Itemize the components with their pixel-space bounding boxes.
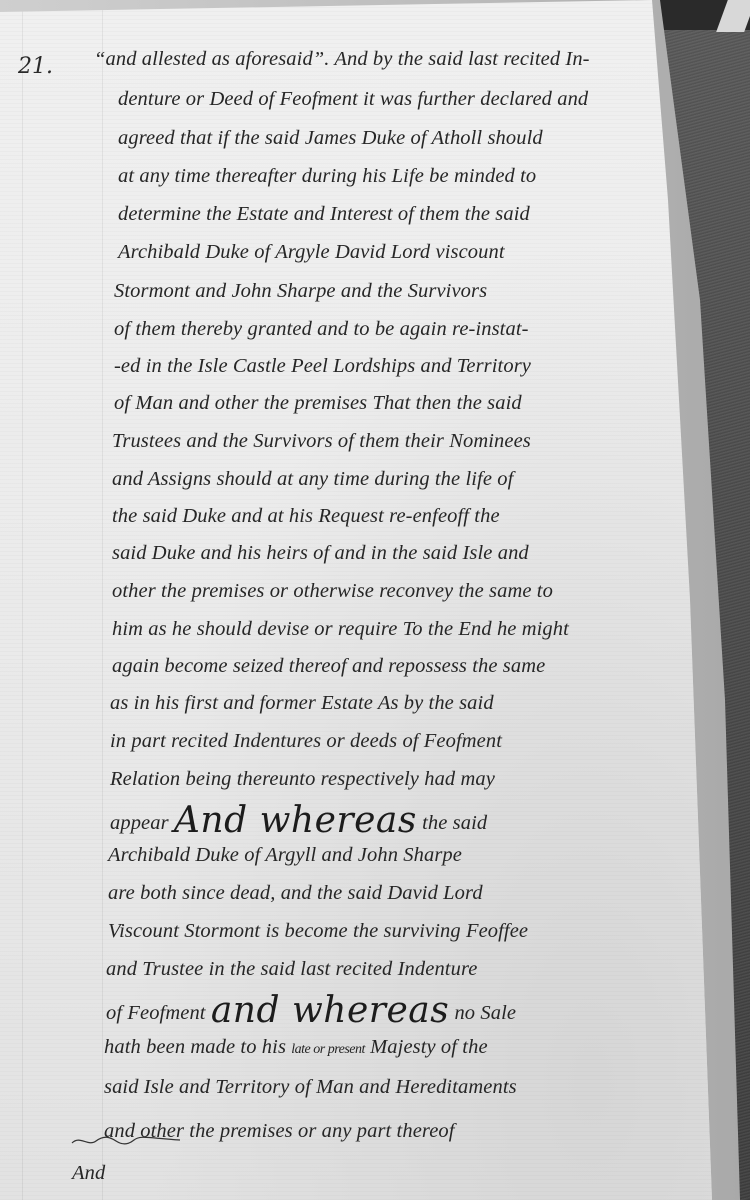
interlined-text: late or present xyxy=(291,1042,365,1057)
margin-rule-left xyxy=(22,0,23,1200)
text-line: determine the Estate and Interest of the… xyxy=(118,203,530,226)
text-run: hath been made to his xyxy=(104,1036,291,1058)
manuscript-page: 21. “and allested as aforesaid”. And by … xyxy=(0,0,740,1200)
text-line: of them thereby granted and to be again … xyxy=(114,318,529,341)
text-run: of Feofment xyxy=(106,1002,211,1024)
text-line: Archibald Duke of Argyle David Lord visc… xyxy=(118,241,505,264)
text-line: of Feofment and whereas no Sale xyxy=(106,990,516,1031)
text-line: said Isle and Territory of Man and Hered… xyxy=(104,1076,517,1099)
text-line: denture or Deed of Feofment it was furth… xyxy=(118,88,588,111)
text-run: the said xyxy=(417,812,487,834)
text-line: of Man and other the premises That then … xyxy=(114,392,522,415)
text-line: And xyxy=(72,1162,105,1185)
folio-number: 21. xyxy=(18,54,53,79)
text-line: agreed that if the said James Duke of At… xyxy=(118,127,543,150)
text-line: at any time thereafter during his Life b… xyxy=(118,165,536,188)
text-line: in part recited Indentures or deeds of F… xyxy=(110,730,502,753)
text-line: appear And whereas the said xyxy=(110,800,487,841)
background-object xyxy=(660,0,750,30)
text-line: Stormont and John Sharpe and the Survivo… xyxy=(114,280,487,303)
text-line: hath been made to his late or present Ma… xyxy=(104,1036,488,1059)
text-line: Archibald Duke of Argyll and John Sharpe xyxy=(108,844,462,867)
text-line: Trustees and the Survivors of them their… xyxy=(112,430,531,453)
text-line: are both since dead, and the said David … xyxy=(108,882,483,905)
text-line: Relation being thereunto respectively ha… xyxy=(110,768,495,791)
margin-rule-inner xyxy=(102,0,103,1200)
text-line: and Assigns should at any time during th… xyxy=(112,468,513,491)
text-line: Viscount Stormont is become the survivin… xyxy=(108,920,528,943)
text-line: -ed in the Isle Castle Peel Lordships an… xyxy=(114,355,531,378)
text-line: him as he should devise or require To th… xyxy=(112,618,569,641)
end-flourish xyxy=(70,1135,190,1147)
text-line: “and allested as aforesaid”. And by the … xyxy=(94,48,590,71)
text-run: no Sale xyxy=(449,1002,516,1024)
text-line: as in his first and former Estate As by … xyxy=(110,692,494,715)
text-run: Majesty of the xyxy=(365,1036,488,1058)
engrossed-heading: And whereas xyxy=(174,800,417,841)
text-line: and Trustee in the said last recited Ind… xyxy=(106,958,477,981)
text-run: appear xyxy=(110,812,174,834)
text-line: again become seized thereof and reposses… xyxy=(112,655,545,678)
engrossed-heading: and whereas xyxy=(211,990,449,1031)
text-line: said Duke and his heirs of and in the sa… xyxy=(112,542,529,565)
text-line: other the premises or otherwise reconvey… xyxy=(112,580,553,603)
background-highlight xyxy=(716,0,750,32)
text-line: the said Duke and at his Request re-enfe… xyxy=(112,505,500,528)
